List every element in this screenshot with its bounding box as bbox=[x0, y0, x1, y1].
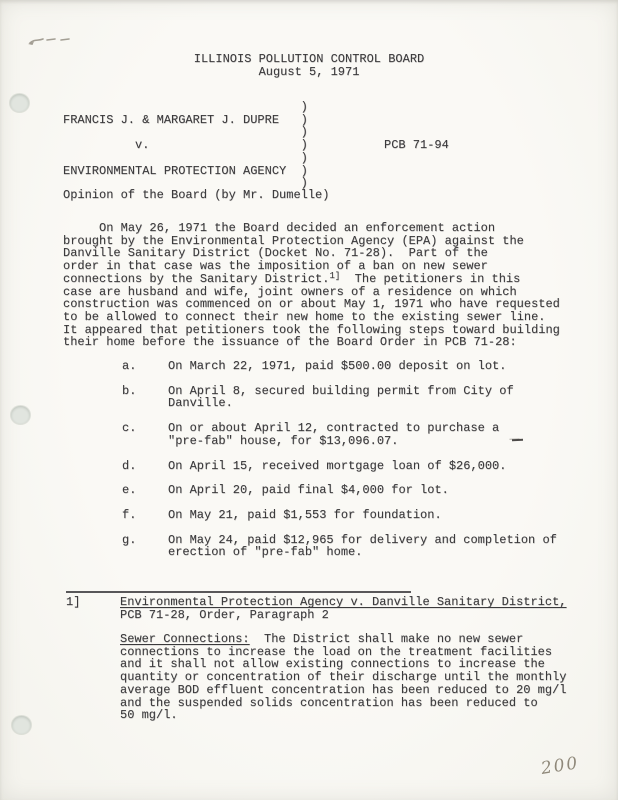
list-item: e. On April 20, paid final $4,000 for lo… bbox=[122, 484, 592, 497]
footnote-citation-line2: PCB 71-28, Order, Paragraph 2 bbox=[120, 609, 329, 622]
steps-list: a. On March 22, 1971, paid $500.00 depos… bbox=[122, 360, 592, 571]
list-item: g. On May 24, paid $12,965 for delivery … bbox=[122, 534, 592, 559]
list-item-text: On May 21, paid $1,553 for foundation. bbox=[168, 509, 442, 522]
caption-line: ) bbox=[63, 152, 308, 165]
caption-line-versus: v. ) bbox=[63, 139, 308, 152]
list-item-marker: a. bbox=[122, 360, 168, 373]
pencil-scribble-mark bbox=[27, 31, 82, 53]
footnote-citation: Environmental Protection Agency v. Danvi… bbox=[120, 596, 566, 609]
list-item-marker: g. bbox=[122, 534, 168, 559]
list-item-marker: c. bbox=[122, 422, 168, 447]
hole-punch-middle bbox=[11, 406, 30, 424]
footnote-separator bbox=[66, 591, 411, 593]
hole-punch-bottom bbox=[12, 716, 31, 734]
case-caption: ) FRANCIS J. & MARGARET J. DUPRE ) ) v. … bbox=[63, 101, 308, 190]
list-item: b. On April 8, secured building permit f… bbox=[122, 385, 592, 410]
list-item-text: On April 20, paid final $4,000 for lot. bbox=[168, 484, 449, 497]
footnote-quote-body: The District shall make no new sewer con… bbox=[120, 632, 566, 722]
list-item: f. On May 21, paid $1,553 for foundation… bbox=[122, 509, 592, 522]
list-item-marker: e. bbox=[122, 484, 168, 497]
document-page: ILLINOIS POLLUTION CONTROL BOARD August … bbox=[0, 0, 618, 800]
footnote-quote: Sewer Connections: The District shall ma… bbox=[120, 633, 582, 722]
footnote-reference-marker: 1] bbox=[329, 271, 340, 281]
margin-dash-mark bbox=[512, 439, 523, 441]
list-item-marker: f. bbox=[122, 509, 168, 522]
footnote-citation-row: 1] Environmental Protection Agency v. Da… bbox=[66, 596, 566, 609]
hole-punch-top bbox=[10, 94, 29, 112]
list-item: a. On March 22, 1971, paid $500.00 depos… bbox=[122, 360, 592, 373]
list-item-text: On or about April 12, contracted to purc… bbox=[168, 422, 499, 447]
page-title: ILLINOIS POLLUTION CONTROL BOARD bbox=[0, 53, 618, 66]
list-item-marker: d. bbox=[122, 460, 168, 473]
opinion-byline: Opinion of the Board (by Mr. Dumelle) bbox=[63, 189, 329, 202]
list-item-text: On March 22, 1971, paid $500.00 deposit … bbox=[168, 360, 506, 373]
list-item: d. On April 15, received mortgage loan o… bbox=[122, 460, 592, 473]
handwritten-annotation: 200 bbox=[540, 757, 580, 776]
docket-number: PCB 71-94 bbox=[384, 139, 449, 152]
list-item: c. On or about April 12, contracted to p… bbox=[122, 422, 592, 447]
caption-line: ) bbox=[63, 101, 308, 114]
footnote-marker: 1] bbox=[66, 596, 120, 609]
date-line: August 5, 1971 bbox=[0, 66, 618, 79]
document-header: ILLINOIS POLLUTION CONTROL BOARD August … bbox=[0, 53, 618, 78]
body-paragraph: On May 26, 1971 the Board decided an enf… bbox=[63, 222, 585, 349]
list-item-text: On April 15, received mortgage loan of $… bbox=[168, 460, 506, 473]
list-item-text: On April 8, secured building permit from… bbox=[168, 385, 514, 410]
list-item-marker: b. bbox=[122, 385, 168, 410]
list-item-text: On May 24, paid $12,965 for delivery and… bbox=[168, 534, 557, 559]
